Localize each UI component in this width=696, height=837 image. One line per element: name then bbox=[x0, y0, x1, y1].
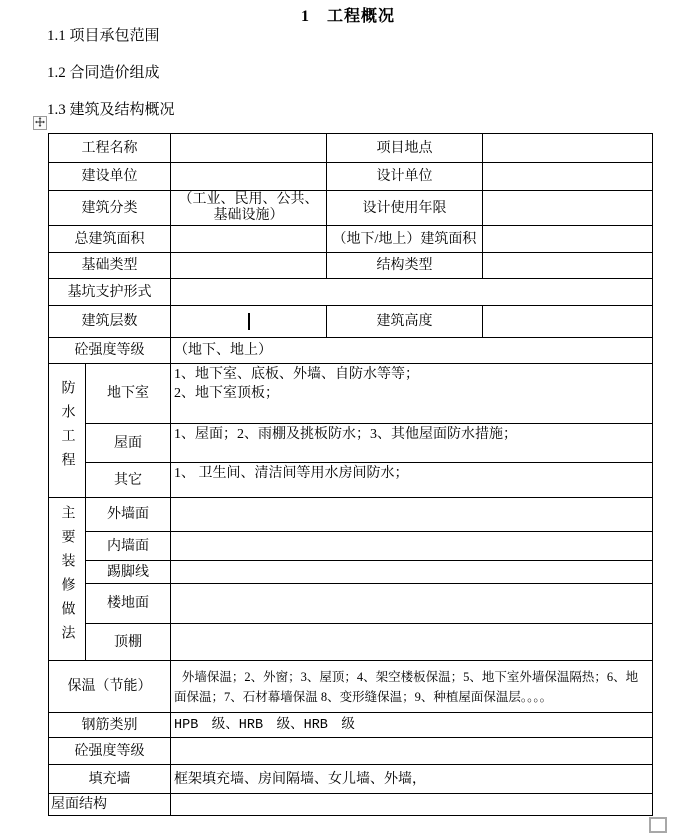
cell-int-wall-label: 内墙面 bbox=[86, 532, 171, 561]
cell-roof-structure-value[interactable] bbox=[171, 794, 653, 816]
cell-height-label: 建筑高度 bbox=[327, 306, 483, 338]
table-row: 屋面结构 bbox=[49, 794, 653, 816]
move-arrows-icon bbox=[35, 114, 45, 132]
cell-ceiling-label: 顶棚 bbox=[86, 624, 171, 661]
cell-concrete-grade-value[interactable]: （地下、地上） bbox=[171, 338, 653, 364]
table-row: 其它 1、 卫生间、清洁间等用水房间防水； bbox=[49, 463, 653, 498]
cell-project-location-label: 项目地点 bbox=[327, 134, 483, 163]
cell-project-name-value[interactable] bbox=[171, 134, 327, 163]
cell-finishes-group-label: 主要装修做法 bbox=[49, 498, 86, 661]
finishes-vertical-label: 主要装修做法 bbox=[59, 505, 76, 649]
waterproof-vertical-label: 防水工程 bbox=[59, 380, 76, 476]
cell-project-name-label: 工程名称 bbox=[49, 134, 171, 163]
cell-roofing-label: 屋面 bbox=[86, 424, 171, 463]
cell-int-wall-value[interactable] bbox=[171, 532, 653, 561]
cell-rebar-label: 钢筋类别 bbox=[49, 713, 171, 738]
table-row: 砼强度等级 （地下、地上） bbox=[49, 338, 653, 364]
cell-waterproof-group-label: 防水工程 bbox=[49, 364, 86, 498]
table-row: 填充墙 框架填充墙、房间隔墙、女儿墙、外墙， bbox=[49, 765, 653, 794]
cell-roofing-value[interactable]: 1、屋面；2、雨棚及挑板防水；3、其他屋面防水措施； bbox=[171, 424, 653, 463]
table-move-handle[interactable] bbox=[33, 116, 47, 130]
cell-infill-wall-value[interactable]: 框架填充墙、房间隔墙、女儿墙、外墙， bbox=[171, 765, 653, 794]
table-row: 屋面 1、屋面；2、雨棚及挑板防水；3、其他屋面防水措施； bbox=[49, 424, 653, 463]
table-row: 基础类型 结构类型 bbox=[49, 253, 653, 279]
cell-designer-value[interactable] bbox=[483, 163, 653, 191]
table-row: 钢筋类别 HPB 级、HRB 级、HRB 级 bbox=[49, 713, 653, 738]
table-row: 基坑支护形式 bbox=[49, 279, 653, 306]
document-page: 1 工程概况 1.1 项目承包范围 1.2 合同造价组成 1.3 建筑及结构概况… bbox=[0, 0, 696, 837]
table-row: 工程名称 项目地点 bbox=[49, 134, 653, 163]
table-row: 防水工程 地下室 1、地下室、底板、外墙、自防水等等； 2、地下室顶板； bbox=[49, 364, 653, 424]
cell-owner-value[interactable] bbox=[171, 163, 327, 191]
table-row: 主要装修做法 外墙面 bbox=[49, 498, 653, 532]
table-row: 保温（节能） 1、 外墙保温；2、外窗；3、屋顶；4、架空楼板保温；5、地下室外… bbox=[49, 661, 653, 713]
table-row: 建筑分类 （工业、民用、公共、基础设施） 设计使用年限 bbox=[49, 191, 653, 226]
cell-project-location-value[interactable] bbox=[483, 134, 653, 163]
table-row: 建设单位 设计单位 bbox=[49, 163, 653, 191]
table-row: 总建筑面积 （地下/地上）建筑面积 bbox=[49, 226, 653, 253]
cell-design-life-label: 设计使用年限 bbox=[327, 191, 483, 226]
cell-ext-wall-value[interactable] bbox=[171, 498, 653, 532]
table-row: 楼地面 bbox=[49, 584, 653, 624]
text-cursor bbox=[248, 313, 250, 330]
table-row: 内墙面 bbox=[49, 532, 653, 561]
cell-ext-wall-label: 外墙面 bbox=[86, 498, 171, 532]
section-heading-1-2: 1.2 合同造价组成 bbox=[47, 61, 160, 82]
cell-concrete-grade-label: 砼强度等级 bbox=[49, 338, 171, 364]
cell-floor-label: 楼地面 bbox=[86, 584, 171, 624]
section-heading-1-3: 1.3 建筑及结构概况 bbox=[47, 98, 175, 119]
cell-design-life-value[interactable] bbox=[483, 191, 653, 226]
cell-other-waterproof-value[interactable]: 1、 卫生间、清洁间等用水房间防水； bbox=[171, 463, 653, 498]
cell-basement-value[interactable]: 1、地下室、底板、外墙、自防水等等； 2、地下室顶板； bbox=[171, 364, 653, 424]
project-overview-table: 工程名称 项目地点 建设单位 设计单位 建筑分类 （工业、民用、公共、基础设施）… bbox=[48, 133, 653, 816]
cell-total-area-value[interactable] bbox=[171, 226, 327, 253]
cell-roof-structure-label: 屋面结构 bbox=[49, 794, 171, 816]
cell-foundation-type-value[interactable] bbox=[171, 253, 327, 279]
cell-storeys-label: 建筑层数 bbox=[49, 306, 171, 338]
cell-skirting-label: 踢脚线 bbox=[86, 561, 171, 584]
cell-structure-type-label: 结构类型 bbox=[327, 253, 483, 279]
table-row: 砼强度等级 bbox=[49, 738, 653, 765]
cell-floor-value[interactable] bbox=[171, 584, 653, 624]
cell-insulation-value[interactable]: 1、 外墙保温；2、外窗；3、屋顶；4、架空楼板保温；5、地下室外墙保温隔热；6… bbox=[171, 661, 653, 713]
cell-concrete-grade2-value[interactable] bbox=[171, 738, 653, 765]
table-row: 建筑层数 建筑高度 bbox=[49, 306, 653, 338]
cell-storeys-value[interactable] bbox=[171, 306, 327, 338]
cell-underground-area-label: （地下/地上）建筑面积 bbox=[327, 226, 483, 253]
cell-designer-label: 设计单位 bbox=[327, 163, 483, 191]
cell-height-value[interactable] bbox=[483, 306, 653, 338]
table-row: 顶棚 bbox=[49, 624, 653, 661]
cell-building-class-label: 建筑分类 bbox=[49, 191, 171, 226]
table-row: 踢脚线 bbox=[49, 561, 653, 584]
cell-pit-support-label: 基坑支护形式 bbox=[49, 279, 171, 306]
cell-owner-label: 建设单位 bbox=[49, 163, 171, 191]
cell-total-area-label: 总建筑面积 bbox=[49, 226, 171, 253]
cell-insulation-label: 保温（节能） bbox=[49, 661, 171, 713]
cell-basement-label: 地下室 bbox=[86, 364, 171, 424]
cell-building-class-value[interactable]: （工业、民用、公共、基础设施） bbox=[171, 191, 327, 226]
cell-skirting-value[interactable] bbox=[171, 561, 653, 584]
cell-concrete-grade2-label: 砼强度等级 bbox=[49, 738, 171, 765]
cell-other-waterproof-label: 其它 bbox=[86, 463, 171, 498]
section-heading-1-1: 1.1 项目承包范围 bbox=[47, 24, 160, 45]
cell-foundation-type-label: 基础类型 bbox=[49, 253, 171, 279]
cell-underground-area-value[interactable] bbox=[483, 226, 653, 253]
cell-structure-type-value[interactable] bbox=[483, 253, 653, 279]
cell-ceiling-value[interactable] bbox=[171, 624, 653, 661]
cell-infill-wall-label: 填充墙 bbox=[49, 765, 171, 794]
table-resize-handle[interactable] bbox=[649, 817, 667, 833]
cell-rebar-value[interactable]: HPB 级、HRB 级、HRB 级 bbox=[171, 713, 653, 738]
cell-pit-support-value[interactable] bbox=[171, 279, 653, 306]
page-title: 1 工程概况 bbox=[0, 3, 696, 26]
